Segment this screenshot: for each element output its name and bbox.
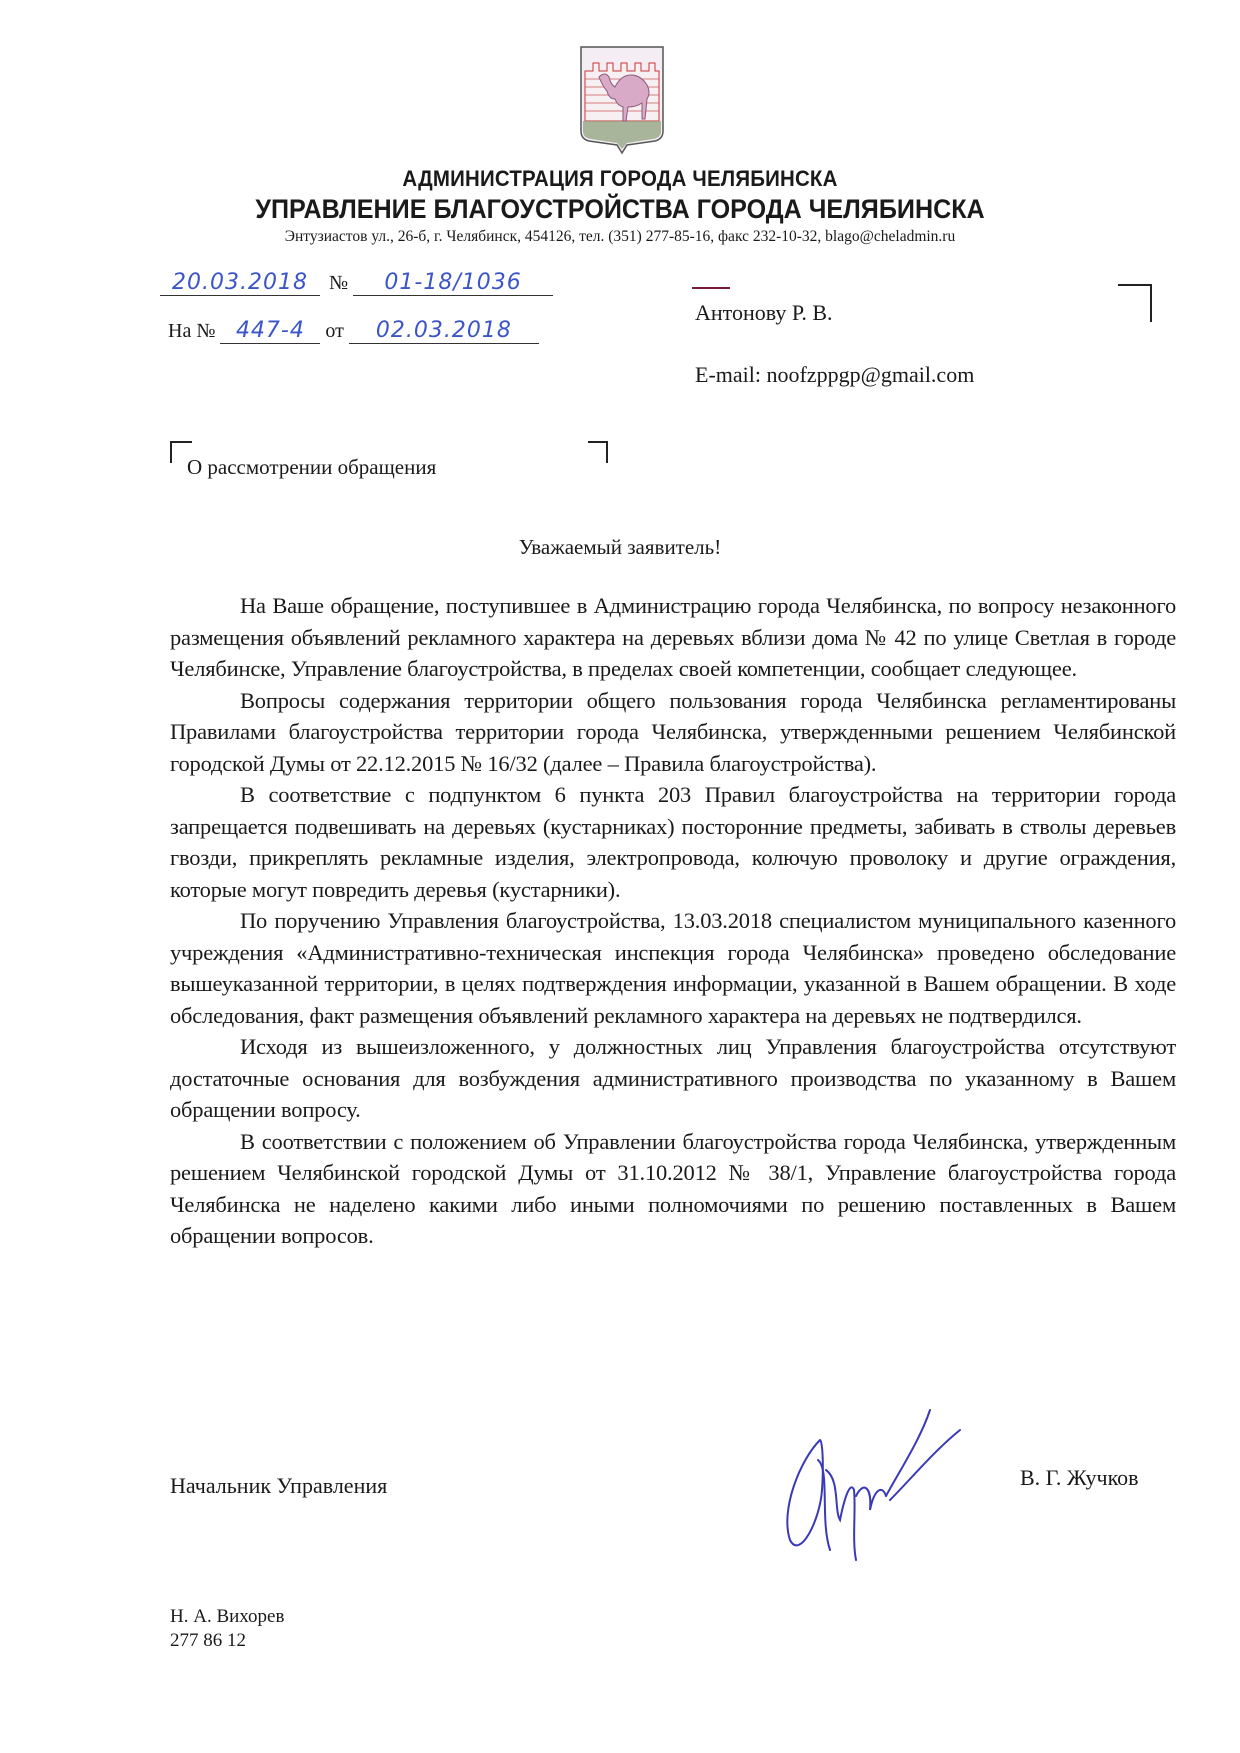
coat-of-arms-icon	[577, 43, 667, 155]
paragraph: По поручению Управления благоустройства,…	[170, 905, 1176, 1031]
recipient-corner-left	[692, 287, 730, 289]
reply-prefix: На №	[168, 320, 215, 342]
reply-from-label: от	[325, 320, 343, 342]
handwritten-signature-icon	[760, 1400, 1000, 1570]
signatory-name: В. Г. Жучков	[1020, 1465, 1139, 1491]
recipient-email: E-mail: noofzppgp@gmail.com	[695, 362, 974, 388]
subject-corner-right	[588, 441, 608, 463]
letterhead-department: УПРАВЛЕНИЕ БЛАГОУСТРОЙСТВА ГОРОДА ЧЕЛЯБИ…	[43, 194, 1196, 225]
outgoing-registration: 20.03.2018 № 01-18/1036	[160, 270, 553, 296]
letterhead-address: Энтузиастов ул., 26-б, г. Челябинск, 454…	[0, 228, 1240, 246]
reply-date: 02.03.2018	[349, 318, 539, 344]
executor-phone: 277 86 12	[170, 1629, 284, 1653]
outgoing-date: 20.03.2018	[160, 270, 320, 296]
recipient-name: Антонову Р. В.	[695, 300, 833, 326]
paragraph: В соответствие с подпунктом 6 пункта 203…	[170, 779, 1176, 905]
recipient-corner-right	[1118, 284, 1152, 322]
outgoing-number: 01-18/1036	[353, 270, 553, 296]
paragraph: На Ваше обращение, поступившее в Админис…	[170, 590, 1176, 685]
reply-reference: На № 447-4 от 02.03.2018	[168, 318, 539, 344]
signatory-title: Начальник Управления	[170, 1473, 387, 1499]
paragraph: В соответствии с положением об Управлени…	[170, 1126, 1176, 1252]
letterhead-administration: АДМИНИСТРАЦИЯ ГОРОДА ЧЕЛЯБИНСКА	[43, 166, 1196, 192]
reply-number: 447-4	[220, 318, 320, 344]
number-label: №	[329, 272, 348, 294]
letter-body: На Ваше обращение, поступившее в Админис…	[170, 590, 1176, 1252]
greeting: Уважаемый заявитель!	[0, 535, 1240, 560]
paragraph: Исходя из вышеизложенного, у должностных…	[170, 1031, 1176, 1126]
executor-block: Н. А. Вихорев 277 86 12	[170, 1605, 284, 1653]
executor-name: Н. А. Вихорев	[170, 1605, 284, 1629]
paragraph: Вопросы содержания территории общего пол…	[170, 685, 1176, 780]
letter-subject: О рассмотрении обращения	[187, 455, 436, 480]
